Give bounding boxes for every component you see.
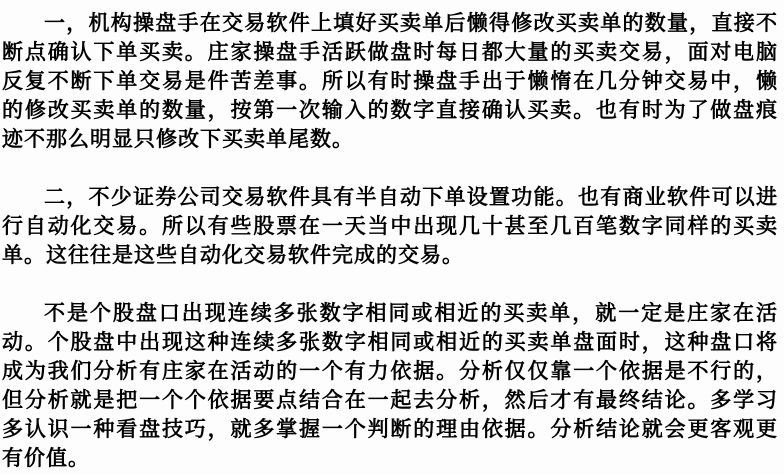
text-line: 反复不断下单交易是件苦差事。所以有时操盘手出于懒惰在几分钟交易中，懒 (2, 67, 778, 96)
paragraph-auto-trading-software: 二，不少证券公司交易软件具有半自动下单设置功能。也有商业软件可以进 行自动化交易… (2, 183, 778, 270)
text-line: 动。个股盘中出现这种连续多张数字相同或相近的买卖单盘面时，这种盘口将 (2, 328, 778, 357)
text-line: 的修改买卖单的数量，按第一次输入的数字直接确认买卖。也有时为了做盘痕 (2, 96, 778, 125)
text-line: 一，机构操盘手在交易软件上填好买卖单后懒得修改买卖单的数量，直接不 (2, 9, 778, 38)
text-line: 多认识一种看盘技巧，就多掌握一个判断的理由依据。分析结论就会更客观更 (2, 415, 778, 444)
text-line: 不是个股盘口出现连续多张数字相同或相近的买卖单，就一定是庄家在活 (2, 299, 778, 328)
text-line: 单。这往往是这些自动化交易软件完成的交易。 (2, 241, 778, 270)
paragraph-analysis-conclusion: 不是个股盘口出现连续多张数字相同或相近的买卖单，就一定是庄家在活 动。个股盘中出… (2, 299, 778, 473)
text-line: 但分析就是把一个个依据要点结合在一起去分析，然后才有最终结论。多学习 (2, 386, 778, 415)
text-line: 迹不那么明显只修改下买卖单尾数。 (2, 125, 778, 154)
text-line: 成为我们分析有庄家在活动的一个有力依据。分析仅仅靠一个依据是不行的， (2, 357, 778, 386)
paragraph-manual-order-habit: 一，机构操盘手在交易软件上填好买卖单后懒得修改买卖单的数量，直接不 断点确认下单… (2, 9, 778, 154)
text-line: 行自动化交易。所以有些股票在一天当中出现几十甚至几百笔数字同样的买卖 (2, 212, 778, 241)
text-line: 有价值。 (2, 444, 778, 473)
text-line: 断点确认下单买卖。庄家操盘手活跃做盘时每日都大量的买卖交易，面对电脑 (2, 38, 778, 67)
document-page: 一，机构操盘手在交易软件上填好买卖单后懒得修改买卖单的数量，直接不 断点确认下单… (0, 0, 784, 475)
text-line: 二，不少证券公司交易软件具有半自动下单设置功能。也有商业软件可以进 (2, 183, 778, 212)
